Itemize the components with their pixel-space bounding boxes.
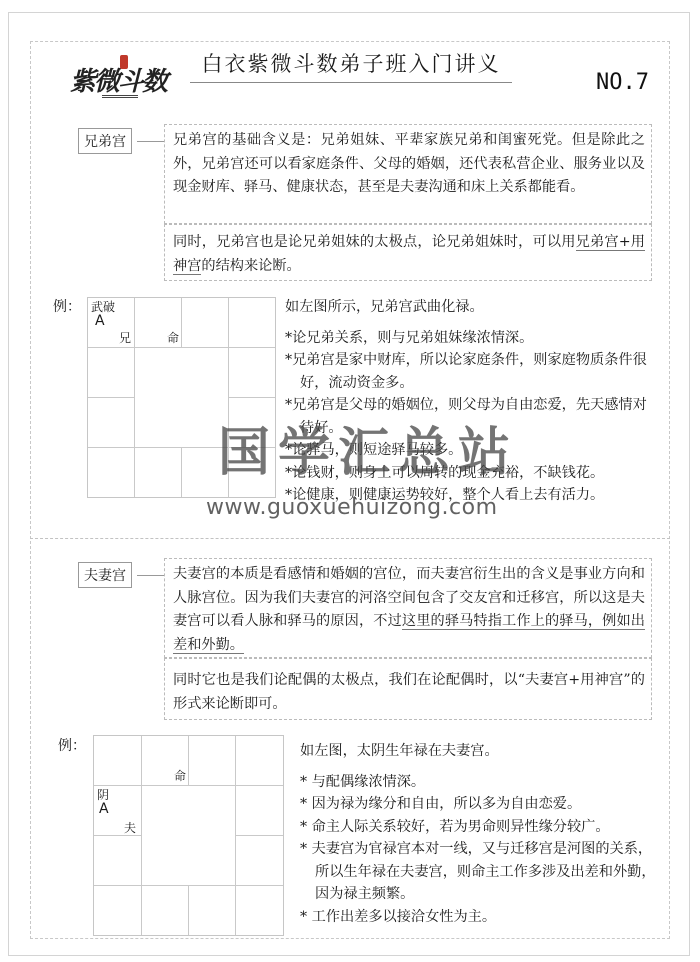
section-tag-spouse: 夫妻宫 [78,562,132,588]
grid-line [228,397,275,398]
section-divider [30,538,670,539]
ziwei-chart-2: 命 阴 A 夫 [93,735,284,936]
chart2-hualu-marker: A [99,801,109,817]
watermark-url: www.guoxuehuizong.com [206,495,498,520]
watermark-cn: 国学汇总站 [218,410,518,485]
spouse-definition-box: 夫妻宫的本质是看感情和婚姻的宫位，而夫妻宫衍生出的含义是事业方向和人脉宫位。因为… [164,558,652,658]
chart1-ming-label: 命 [167,332,179,345]
grid-line [141,736,142,935]
chart1-hualu-marker: A [95,313,105,329]
notes-lead: 如左图所示，兄弟宫武曲化禄。 [285,296,657,319]
logo: 紫微斗数 [70,55,170,105]
grid-line [94,885,283,886]
brothers-taiji-box: 同时，兄弟宫也是论兄弟姐妹的太极点，论兄弟姐妹时，可以用兄弟宫+用神宫的结构来论… [164,224,652,281]
note-item: *论兄弟关系，则与兄弟姐妹缘浓情深。 [285,327,657,350]
notes-lead: 如左图，太阴生年禄在夫妻宫。 [300,740,665,763]
spouse-example-notes: 如左图，太阴生年禄在夫妻宫。 * 与配偶缘浓情深。 * 因为禄为缘分和自由，所以… [300,740,665,928]
grid-line [181,447,182,497]
note-item: * 夫妻宫为官禄宫本对一线，又与迁移宫是河图的关系，所以生年禄在夫妻宫，则命主工… [300,838,665,906]
note-item: * 因为禄为缘分和自由，所以多为自由恋爱。 [300,793,665,816]
example-label-2: 例： [58,735,86,755]
spouse-taiji-box: 同时它也是我们论配偶的太极点，我们在论配偶时，以“夫妻宫+用神宫”的形式来论断即… [164,658,652,720]
grid-line [181,298,182,348]
brothers-taiji-text-pre: 同时，兄弟宫也是论兄弟姐妹的太极点，论兄弟姐妹时，可以用 [173,234,576,250]
page-title: 白衣紫微斗数弟子班入门讲义 [190,48,512,83]
chart2-ming-label: 命 [174,770,186,783]
section-tag-brothers: 兄弟宫 [78,128,132,154]
grid-line [188,736,189,786]
grid-line [88,397,134,398]
tag-connector [137,575,164,576]
grid-line [94,835,141,836]
mountain-icon [102,89,138,98]
note-item: *兄弟宫是家中财库，所以论家庭条件，则家庭物质条件很好，流动资金多。 [285,349,657,394]
spouse-taiji-text: 同时它也是我们论配偶的太极点，我们在论配偶时，以“夫妻宫+用神宫”的形式来论断即… [173,672,645,712]
example-label-1: 例： [53,296,81,316]
logo-seal-icon [120,55,128,69]
chart2-palace-label: 夫 [124,822,136,835]
grid-line [188,885,189,935]
grid-line [134,298,135,497]
brothers-definition-text: 兄弟宫的基础含义是：兄弟姐妹、平辈家族兄弟和闺蜜死党。但是除此之外，兄弟宫还可以… [173,132,645,195]
note-item: * 命主人际关系较好，若为男命则异性缘分较广。 [300,816,665,839]
brothers-definition-box: 兄弟宫的基础含义是：兄弟姐妹、平辈家族兄弟和闺蜜死党。但是除此之外，兄弟宫还可以… [164,124,652,224]
chart1-palace-label: 兄 [119,332,131,345]
grid-line [235,835,283,836]
grid-line [88,347,275,348]
brothers-taiji-text-post: 的结构来论断。 [201,258,300,274]
note-item: * 与配偶缘浓情深。 [300,771,665,794]
note-item: * 工作出差多以接洽女性为主。 [300,906,665,929]
tag-connector [137,141,164,142]
grid-line [94,785,283,786]
page-number: NO.7 [596,70,649,95]
